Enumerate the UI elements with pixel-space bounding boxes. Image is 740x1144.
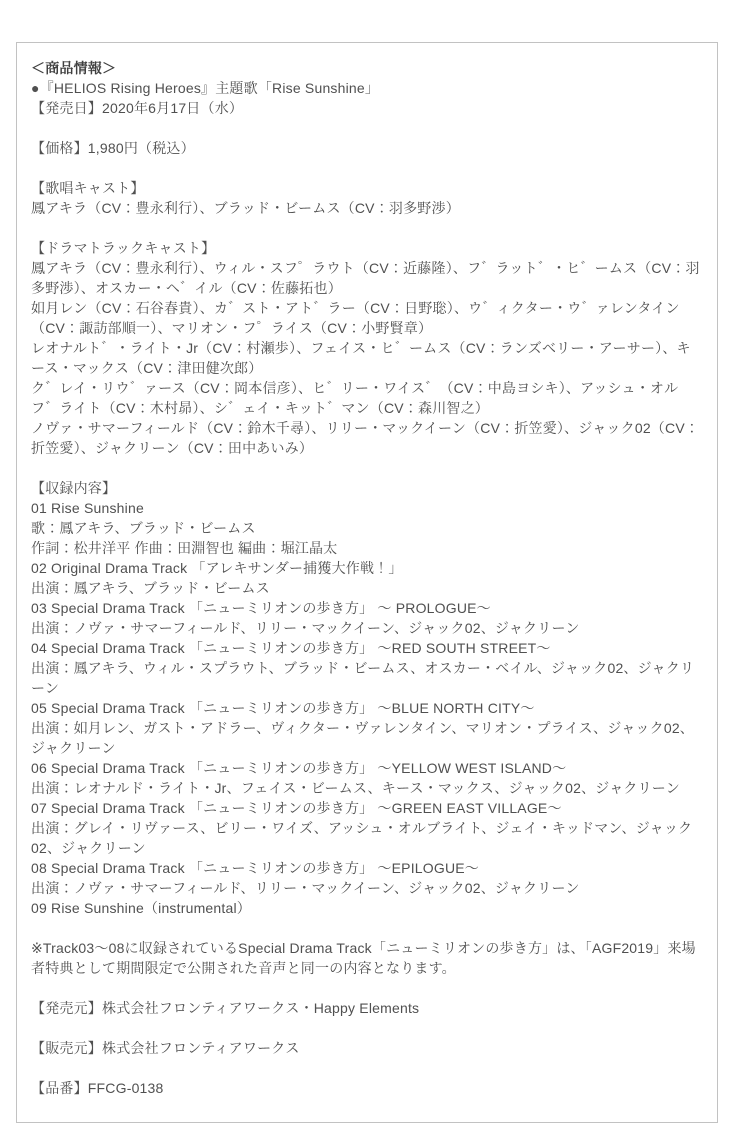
- price-section: 【価格】1,980円（税込）: [31, 138, 703, 158]
- drama-cast-line: ク゛レイ・リウ゛ァース（CV：岡本信彦）、ヒ゛リー・ワイス゛（CV：中島ヨシキ）…: [31, 378, 703, 418]
- tracklist-line: 09 Rise Sunshine（instrumental）: [31, 898, 703, 918]
- tracklist-line: 出演：ノヴァ・サマーフィールド、リリー・マックイーン、ジャック02、ジャクリーン: [31, 618, 703, 638]
- page: ＜商品情報＞ ●『HELIOS Rising Heroes』主題歌「Rise S…: [0, 0, 740, 1144]
- vocal-cast-heading: 【歌唱キャスト】: [31, 178, 703, 198]
- tracklist-line: 出演：鳳アキラ、ブラッド・ビームス: [31, 578, 703, 598]
- publisher: 【発売元】株式会社フロンティアワークス・Happy Elements: [31, 998, 703, 1018]
- drama-cast-line: 如月レン（CV：石谷春貴）、カ゛スト・アト゛ラー（CV：日野聡）、ウ゛ィクター・…: [31, 298, 703, 338]
- tracklist-line: 04 Special Drama Track 「ニューミリオンの歩き方」 ～RE…: [31, 638, 703, 658]
- vocal-cast-list: 鳳アキラ（CV：豊永利行）、ブラッド・ビームス（CV：羽多野渉）: [31, 198, 703, 218]
- product-info-panel: ＜商品情報＞ ●『HELIOS Rising Heroes』主題歌「Rise S…: [16, 42, 718, 1123]
- distributor: 【販売元】株式会社フロンティアワークス: [31, 1038, 703, 1058]
- tracklist-line: 07 Special Drama Track 「ニューミリオンの歩き方」 ～GR…: [31, 798, 703, 818]
- release-date: 【発売日】2020年6月17日（水）: [31, 98, 703, 118]
- tracklist-line: 出演：鳳アキラ、ウィル・スプラウト、ブラッド・ビームス、オスカー・ベイル、ジャッ…: [31, 658, 703, 698]
- product-info-heading: ＜商品情報＞: [31, 58, 703, 78]
- tracklist-line: 01 Rise Sunshine: [31, 498, 703, 518]
- catalog-number-section: 【品番】FFCG-0138: [31, 1078, 703, 1098]
- tracklist-heading: 【収録内容】: [31, 478, 703, 498]
- tracklist-section: 【収録内容】 01 Rise Sunshine歌：鳳アキラ、ブラッド・ビームス作…: [31, 478, 703, 918]
- drama-cast-line: ノヴァ・サマーフィールド（CV：鈴木千尋）、リリー・マックイーン（CV：折笠愛）…: [31, 418, 703, 458]
- tracklist-line: 出演：グレイ・リヴァース、ビリー・ワイズ、アッシュ・オルブライト、ジェイ・キッド…: [31, 818, 703, 858]
- tracklist-line: 出演：ノヴァ・サマーフィールド、リリー・マックイーン、ジャック02、ジャクリーン: [31, 878, 703, 898]
- distributor-section: 【販売元】株式会社フロンティアワークス: [31, 1038, 703, 1058]
- bonus-note: ※Track03～08に収録されているSpecial Drama Track「ニ…: [31, 938, 703, 978]
- tracklist-line: 08 Special Drama Track 「ニューミリオンの歩き方」 ～EP…: [31, 858, 703, 878]
- tracklist: 01 Rise Sunshine歌：鳳アキラ、ブラッド・ビームス作詞：松井洋平 …: [31, 498, 703, 918]
- tracklist-line: 03 Special Drama Track 「ニューミリオンの歩き方」 ～ P…: [31, 598, 703, 618]
- drama-cast-heading: 【ドラマトラックキャスト】: [31, 238, 703, 258]
- tracklist-line: 出演：レオナルド・ライト・Jr、フェイス・ビームス、キース・マックス、ジャック0…: [31, 778, 703, 798]
- catalog-number: 【品番】FFCG-0138: [31, 1078, 703, 1098]
- tracklist-line: 02 Original Drama Track 「アレキサンダー捕獲大作戦！」: [31, 558, 703, 578]
- tracklist-line: 05 Special Drama Track 「ニューミリオンの歩き方」 ～BL…: [31, 698, 703, 718]
- note-section: ※Track03～08に収録されているSpecial Drama Track「ニ…: [31, 938, 703, 978]
- tracklist-line: 歌：鳳アキラ、ブラッド・ビームス: [31, 518, 703, 538]
- drama-cast-section: 【ドラマトラックキャスト】 鳳アキラ（CV：豊永利行）、ウィル・スフ゜ラウト（C…: [31, 238, 703, 458]
- product-summary-section: ＜商品情報＞ ●『HELIOS Rising Heroes』主題歌「Rise S…: [31, 58, 703, 118]
- drama-cast-list: 鳳アキラ（CV：豊永利行）、ウィル・スフ゜ラウト（CV：近藤隆）、フ゛ラット゛・…: [31, 258, 703, 458]
- drama-cast-line: レオナルト゛・ライト・Jr（CV：村瀬歩）、フェイス・ヒ゛ームス（CV：ランズベ…: [31, 338, 703, 378]
- product-title: ●『HELIOS Rising Heroes』主題歌「Rise Sunshine…: [31, 78, 703, 98]
- drama-cast-line: 鳳アキラ（CV：豊永利行）、ウィル・スフ゜ラウト（CV：近藤隆）、フ゛ラット゛・…: [31, 258, 703, 298]
- tracklist-line: 06 Special Drama Track 「ニューミリオンの歩き方」 ～YE…: [31, 758, 703, 778]
- price: 【価格】1,980円（税込）: [31, 138, 703, 158]
- tracklist-line: 作詞：松井洋平 作曲：田淵智也 編曲：堀江晶太: [31, 538, 703, 558]
- tracklist-line: 出演：如月レン、ガスト・アドラー、ヴィクター・ヴァレンタイン、マリオン・プライス…: [31, 718, 703, 758]
- vocal-cast-section: 【歌唱キャスト】 鳳アキラ（CV：豊永利行）、ブラッド・ビームス（CV：羽多野渉…: [31, 178, 703, 218]
- vocal-cast-line: 鳳アキラ（CV：豊永利行）、ブラッド・ビームス（CV：羽多野渉）: [31, 198, 703, 218]
- publisher-section: 【発売元】株式会社フロンティアワークス・Happy Elements: [31, 998, 703, 1018]
